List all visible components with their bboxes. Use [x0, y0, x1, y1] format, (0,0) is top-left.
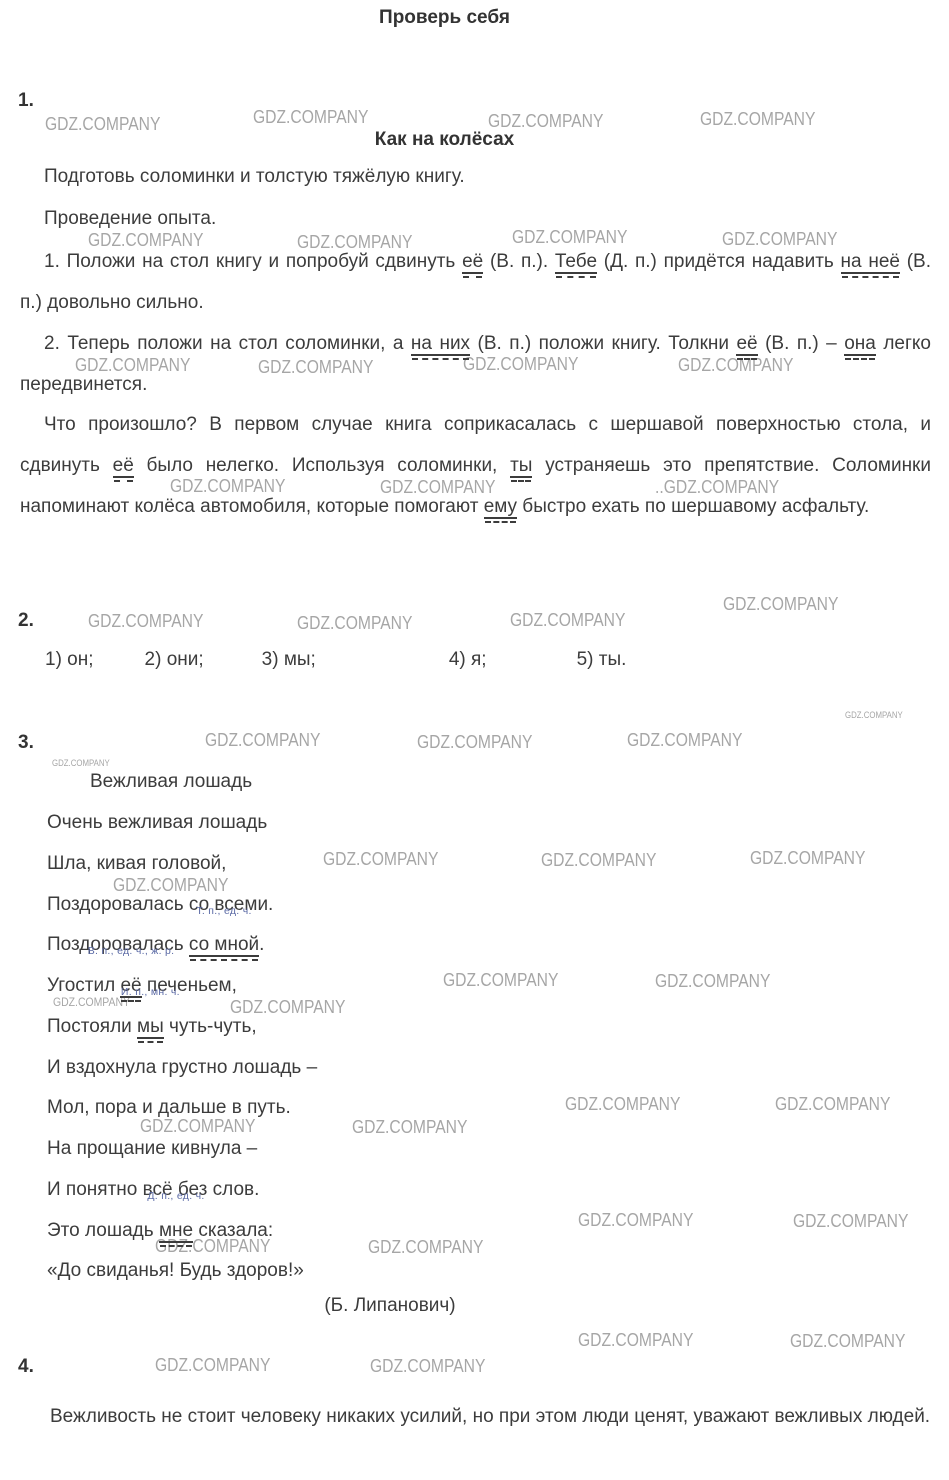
- watermark: GDZ.COMPANY: [510, 610, 625, 631]
- poem-line: Шла, кивая головой,: [47, 844, 317, 885]
- text-segment: Подготовь соломинки и толстую тяжёлую кн…: [44, 166, 465, 187]
- watermark: GDZ.COMPANY: [793, 1211, 908, 1232]
- section-3-number: 3.: [18, 732, 34, 754]
- text-segment: Очень вежливая лошадь: [47, 812, 267, 833]
- section-4-number: 4.: [18, 1356, 34, 1378]
- text-segment: было нелегко. Используя соломинки,: [134, 455, 510, 476]
- marked-pronoun: на них: [411, 333, 470, 356]
- paragraph-step-2: 2. Теперь положи на стол соломинки, а на…: [20, 324, 931, 405]
- marked-pronoun: ему: [484, 496, 517, 519]
- answer-item: 1) он;: [45, 648, 94, 672]
- marked-pronoun: Тебе: [555, 251, 597, 274]
- poem-line: «До свиданья! Будь здоров!»: [47, 1251, 317, 1292]
- watermark: GDZ.COMPANY: [155, 1355, 270, 1376]
- watermark: GDZ.COMPANY: [750, 848, 865, 869]
- text-segment: (В. п.).: [483, 251, 555, 272]
- marked-pronoun: мнеД. п., ед. ч.: [159, 1220, 193, 1243]
- answer-item: 5) ты.: [577, 648, 627, 672]
- text-segment: На прощание кивнула –: [47, 1138, 257, 1159]
- watermark: GDZ.COMPANY: [700, 109, 815, 130]
- section-1-heading: Как на колёсах: [0, 128, 889, 152]
- text-segment: Вежливость не стоит человеку никаких уси…: [50, 1406, 930, 1427]
- watermark: GDZ.COMPANY: [790, 1331, 905, 1352]
- text-segment: Постояли: [47, 1016, 137, 1037]
- poem-line: На прощание кивнула –: [47, 1129, 317, 1170]
- poem-line: И вздохнула грустно лошадь –: [47, 1048, 317, 1089]
- text-segment: .: [259, 934, 264, 955]
- watermark: GDZ.COMPANY: [323, 849, 438, 870]
- watermark: GDZ.COMPANY: [655, 971, 770, 992]
- answer-item: 3) мы;: [262, 648, 316, 672]
- text-segment: чуть-чуть,: [164, 1016, 257, 1037]
- marked-pronoun: со мнойТ. п., ед. ч.: [189, 934, 259, 957]
- watermark: GDZ.COMPANY: [205, 730, 320, 751]
- marked-pronoun: на неё: [841, 251, 900, 274]
- text-segment: 1. Положи на стол книгу и попробуй сдвин…: [44, 251, 462, 272]
- poem-line: Это лошадь мнеД. п., ед. ч. сказала:: [47, 1211, 317, 1252]
- paragraph-step-1: 1. Положи на стол книгу и попробуй сдвин…: [20, 242, 931, 323]
- answer-item: 4) я;: [449, 648, 487, 672]
- text-segment: Шла, кивая головой,: [47, 853, 226, 874]
- watermark: GDZ.COMPANY: [775, 1094, 890, 1115]
- text-segment: Угостил: [47, 975, 120, 996]
- watermark: GDZ.COMPANY: [368, 1237, 483, 1258]
- marked-pronoun: её: [736, 333, 757, 356]
- text-segment: сказала:: [193, 1220, 273, 1241]
- paragraph-conclusion: Вежливость не стоит человеку никаких уси…: [20, 1396, 931, 1437]
- watermark: GDZ.COMPANY: [253, 107, 368, 128]
- watermark: GDZ.COMPANY: [627, 730, 742, 751]
- answer-item: 2) они;: [145, 648, 204, 672]
- watermark: GDZ.COMPANY: [578, 1210, 693, 1231]
- text-segment: (В. п.) положи книгу. Толкни: [470, 333, 736, 354]
- text-segment: 2. Теперь положи на стол соломинки, а: [44, 333, 411, 354]
- paragraph-prepare: Подготовь соломинки и толстую тяжёлую кн…: [20, 165, 931, 189]
- poem-line: Постояли мыИ. п., мн. ч. чуть-чуть,: [47, 1007, 317, 1048]
- text-segment: Это лошадь: [47, 1220, 159, 1241]
- watermark: GDZ.COMPANY: [443, 970, 558, 991]
- text-segment: «До свиданья! Будь здоров!»: [47, 1260, 304, 1281]
- section-2-number: 2.: [18, 610, 34, 632]
- poem-line: Мол, пора и дальше в путь.: [47, 1088, 317, 1129]
- watermark: GDZ.COMPANY: [417, 732, 532, 753]
- case-annotation: И. п., мн. ч.: [121, 972, 180, 1013]
- text-segment: И вздохнула грустно лошадь –: [47, 1057, 317, 1078]
- poem-author: (Б. Липанович): [0, 1294, 780, 1318]
- text-segment: (Д. п.) придётся надавить: [597, 251, 841, 272]
- watermark: GDZ.COMPANY: [88, 611, 203, 632]
- page-title: Проверь себя: [0, 6, 889, 30]
- watermark: GDZ.COMPANY: [352, 1117, 467, 1138]
- watermark: GDZ.COMPANY: [370, 1356, 485, 1377]
- watermark: GDZ.COMPANY: [723, 594, 838, 615]
- poem-line: Очень вежливая лошадь: [47, 803, 317, 844]
- marked-pronoun: её: [113, 455, 134, 478]
- case-annotation: В. п., ед. ч., ж. р.: [88, 931, 175, 972]
- marked-pronoun: её: [462, 251, 483, 274]
- text-segment: Мол, пора и дальше в путь.: [47, 1097, 291, 1118]
- watermark: GDZ.COMPANY: [565, 1094, 680, 1115]
- section-1-number: 1.: [18, 90, 34, 112]
- marked-pronoun: мыИ. п., мн. ч.: [137, 1016, 164, 1039]
- text-segment: быстро ехать по шершавому асфальту.: [517, 496, 869, 517]
- marked-pronoun: она: [844, 333, 876, 356]
- watermark: GDZ.COMPANY: [845, 710, 903, 720]
- poem-line: Поздоровалась со всеми.: [47, 885, 317, 926]
- paragraph-procedure: Проведение опыта.: [20, 207, 931, 231]
- paragraph-result: Что произошло? В первом случае книга соп…: [20, 404, 931, 527]
- text-segment: (В. п.) –: [758, 333, 845, 354]
- case-annotation: Д. п., ед. ч.: [147, 1176, 204, 1217]
- marked-pronoun: ты: [510, 455, 532, 478]
- poem-body: Очень вежливая лошадьШла, кивая головой,…: [47, 803, 317, 1292]
- answers-row: 1) он;2) они;3) мы;4) я;5) ты.: [45, 648, 626, 672]
- poem-title: Вежливая лошадь: [90, 762, 252, 803]
- poem-line: Угостил еёВ. п., ед. ч., ж. р. печеньем,: [47, 966, 317, 1007]
- case-annotation: Т. п., ед. ч.: [196, 891, 251, 932]
- watermark: GDZ.COMPANY: [541, 850, 656, 871]
- text-segment: Проведение опыта.: [44, 208, 216, 229]
- document-page: GDZ.COMPANYGDZ.COMPANYGDZ.COMPANYGDZ.COM…: [0, 0, 949, 1480]
- watermark: GDZ.COMPANY: [578, 1330, 693, 1351]
- watermark: GDZ.COMPANY: [297, 613, 412, 634]
